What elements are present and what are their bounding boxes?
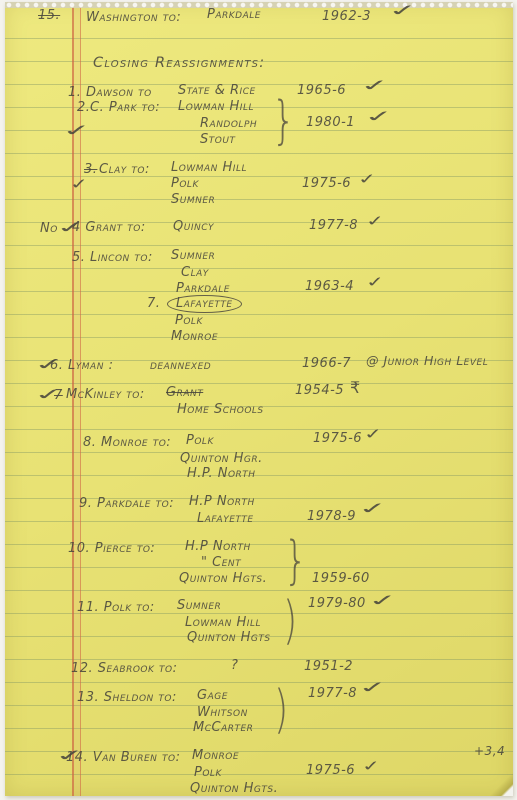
- checkmark-icon: ✓: [363, 426, 385, 443]
- scribble-mark-icon: ₹: [350, 378, 361, 397]
- entry13-year: 1977-8: [308, 686, 357, 701]
- entry12-year: 1951-2: [304, 659, 353, 674]
- checkmark-icon: ✓: [361, 106, 397, 125]
- title-school: Washington to:: [86, 10, 181, 25]
- checkmark-icon: ✓: [357, 171, 379, 188]
- entry10-year: 1959-60: [312, 571, 370, 586]
- corner-fold: [485, 772, 513, 796]
- brace-mark: ): [283, 595, 297, 647]
- entry6-note: @ Junior High Level: [366, 353, 488, 368]
- entry7-year: 1954-5: [295, 383, 344, 398]
- entry2-dest3: Stout: [200, 132, 235, 147]
- entry10-dest1: H.P North: [185, 539, 251, 554]
- entry9-dest2: Lafayette: [197, 511, 254, 526]
- entry4-year: 1977-8: [309, 218, 358, 233]
- entry3-dest3: Sumner: [171, 192, 215, 207]
- entry6-label: 6. Lyman :: [50, 358, 113, 373]
- entry3-number: 3.: [84, 162, 97, 177]
- checkmark-icon: ✓: [355, 677, 391, 696]
- entry11-dest3: Quinton Hgts: [187, 630, 271, 645]
- entry5-dest3: Parkdale: [176, 281, 230, 296]
- entry6-dest: deannexed: [150, 358, 211, 373]
- entry7-label: McKinley to:: [66, 387, 145, 402]
- entry2-dest2: Randolph: [200, 116, 257, 131]
- entry5-label: 5. Lincon to:: [72, 250, 153, 265]
- entry8-dest3: H.P. North: [187, 466, 256, 481]
- entry12-dest: ?: [231, 658, 238, 673]
- entry7-number: 7: [54, 388, 63, 403]
- title-destination: Parkdale: [207, 7, 261, 22]
- entry2-label: C. Park to:: [90, 100, 160, 115]
- entry14-dest1: Monroe: [192, 748, 239, 763]
- entry2-year: 1980-1: [306, 115, 355, 130]
- entry13-label: 13. Sheldon to:: [77, 690, 177, 705]
- checkmark-icon: ✓: [365, 274, 387, 291]
- checkmark-icon: ✓: [357, 75, 393, 94]
- entry5-dest5: Monroe: [171, 329, 218, 344]
- checkmark-icon: ✓: [69, 176, 91, 193]
- entry9-year: 1978-9: [307, 509, 356, 524]
- entry7-dest1: Grant: [166, 385, 203, 400]
- entry14-label: 14. Van Buren to:: [66, 750, 181, 765]
- checkmark-icon: ✓: [365, 590, 401, 609]
- page-heading: Closing Reassignments:: [93, 55, 265, 71]
- title-number: 15.: [38, 8, 60, 23]
- entry14-dest2: Polk: [194, 765, 222, 780]
- entry5-year: 1963-4: [305, 279, 354, 294]
- entry8-dest1: Polk: [186, 433, 214, 448]
- entry7-dest2: Home Schools: [177, 402, 264, 417]
- brace-mark: ): [274, 684, 288, 736]
- entry4-dest: Quincy: [173, 219, 214, 234]
- entry12-label: 12. Seabrook to:: [71, 661, 178, 676]
- entry8-year: 1975-6: [313, 431, 362, 446]
- entry13-dest1: Gage: [197, 688, 228, 703]
- entry8-label: 8. Monroe to:: [83, 435, 171, 450]
- entry1-label: 1. Dawson to: [68, 85, 152, 100]
- entry10-dest3: Quinton Hgts.: [179, 571, 267, 586]
- entry11-year: 1979-80: [308, 596, 366, 611]
- title-year: 1962-3: [322, 9, 371, 24]
- brace-mark: }: [284, 535, 307, 587]
- entry3-year: 1975-6: [302, 176, 351, 191]
- entry4-label: 4 Grant to:: [72, 220, 146, 235]
- entry1-year: 1965-6: [297, 83, 346, 98]
- photo-background: 15. Washington to: Parkdale 1962-3 ✓ Clo…: [0, 0, 517, 800]
- entry13-dest2: Whitson: [197, 705, 248, 720]
- entry8-dest2: Quinton Hgr.: [180, 451, 263, 466]
- entry3-dest1: Lowman Hill: [171, 160, 247, 175]
- entry5-dest2: Clay: [181, 265, 209, 280]
- entry3-dest2: Polk: [171, 176, 199, 191]
- checkmark-icon: ✓: [385, 0, 421, 19]
- entry5-dest4: Polk: [175, 313, 203, 328]
- entry10-dest2: " Cent: [201, 555, 241, 570]
- entry13-dest3: McCarter: [193, 720, 253, 735]
- entry9-label: 9. Parkdale to:: [79, 496, 174, 511]
- entry5-circled-dest: Lafayette: [167, 295, 242, 313]
- checkmark-icon: ✓: [59, 120, 95, 139]
- entry14-margin-note: +3,4: [474, 744, 505, 758]
- entry11-dest1: Sumner: [177, 598, 221, 613]
- entry3-label: Clay to:: [99, 162, 150, 177]
- entry11-dest2: Lowman Hill: [185, 615, 261, 630]
- entry5-sub-number: 7.: [147, 296, 160, 311]
- entry1-dest: State & Rice: [178, 83, 256, 98]
- entry5-dest1: Sumner: [171, 248, 215, 263]
- entry2-dest1: Lowman Hill: [178, 99, 254, 114]
- checkmark-icon: ✓: [365, 213, 387, 230]
- entry11-label: 11. Polk to:: [77, 600, 155, 615]
- checkmark-icon: ✓: [355, 498, 391, 517]
- entry9-dest1: H.P North: [189, 494, 255, 509]
- brace-mark: }: [272, 95, 295, 147]
- entry6-year: 1966-7: [302, 356, 351, 371]
- entry14-year: 1975-6: [306, 763, 355, 778]
- entry2-number: 2.: [77, 100, 90, 115]
- entry10-label: 10. Pierce to:: [68, 541, 155, 556]
- checkmark-icon: ✓: [361, 758, 383, 775]
- entry14-dest3: Quinton Hgts.: [190, 781, 278, 796]
